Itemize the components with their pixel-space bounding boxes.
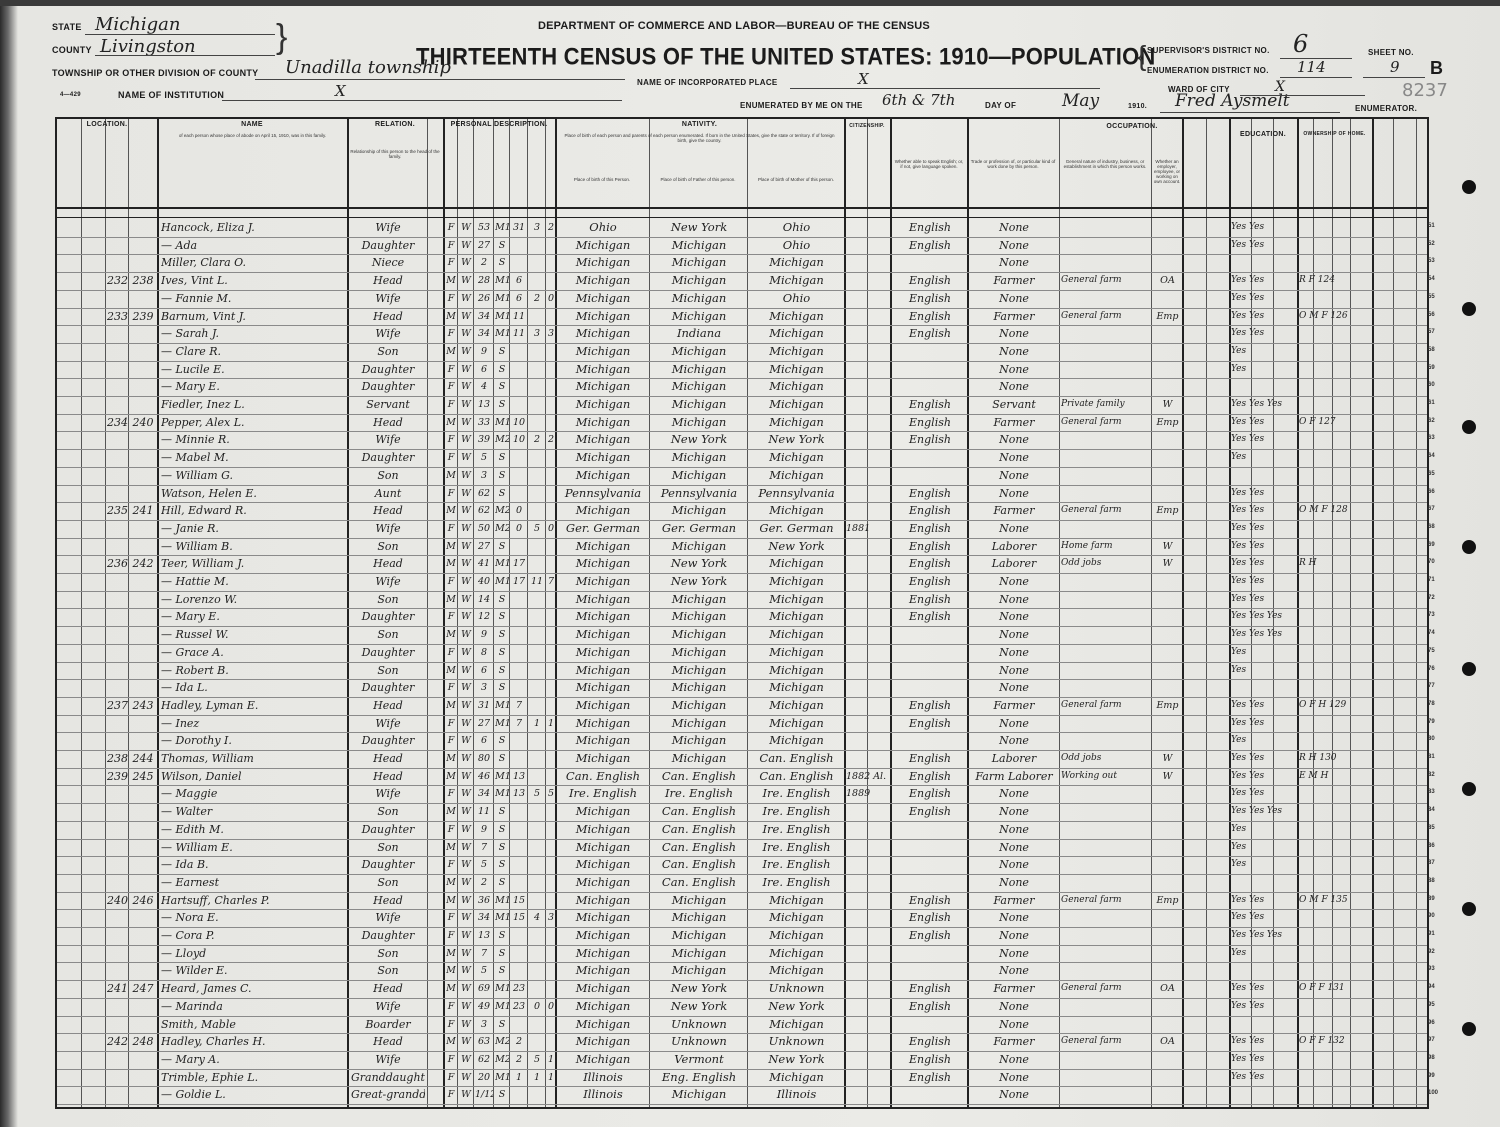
cell-dwelling — [107, 662, 128, 679]
cell-relation: Daughter — [351, 449, 425, 466]
cell-edu: Yes — [1231, 839, 1297, 856]
cell-immig — [846, 803, 890, 820]
cell-age: 41 — [475, 555, 493, 572]
cell-relation: Son — [351, 945, 425, 962]
cell-name: Miller, Clara O. — [161, 254, 345, 271]
cell-marital: M1 — [495, 980, 509, 997]
cell-family: 238 — [130, 272, 156, 289]
cell-own — [1299, 378, 1372, 395]
cell-years — [511, 803, 527, 820]
cell-emp — [1153, 608, 1182, 625]
cell-age: 7 — [475, 945, 493, 962]
cell-relation: Son — [351, 626, 425, 643]
cell-marital: S — [495, 591, 509, 608]
cell-sex: M — [445, 945, 457, 962]
cell-name: — Walter — [161, 803, 345, 820]
binding-hole — [1462, 420, 1476, 434]
cell-industry — [1061, 1069, 1151, 1086]
cell-father: Michigan — [651, 679, 747, 696]
cell-birth: Can. English — [557, 768, 649, 785]
cell-race: W — [459, 254, 473, 271]
cell-born — [529, 626, 545, 643]
cell-sex: F — [445, 378, 457, 395]
cell-name: Wilson, Daniel — [161, 768, 345, 785]
cell-own — [1299, 803, 1372, 820]
cell-family — [130, 520, 156, 537]
cell-race: W — [459, 272, 473, 289]
cell-birth: Michigan — [557, 414, 649, 431]
cell-own — [1299, 343, 1372, 360]
cell-immig — [846, 555, 890, 572]
cell-family — [130, 945, 156, 962]
cell-father: Michigan — [651, 361, 747, 378]
cell-own — [1299, 591, 1372, 608]
cell-sex: M — [445, 662, 457, 679]
cell-emp — [1153, 662, 1182, 679]
cell-sex: F — [445, 1016, 457, 1033]
cell-mother: Unknown — [749, 1033, 844, 1050]
line-number: 93 — [1428, 966, 1435, 972]
cell-marital: S — [495, 1086, 509, 1103]
incorporated-value: X — [858, 70, 869, 88]
cell-born — [529, 396, 545, 413]
cell-race: W — [459, 998, 473, 1015]
cell-birth: Michigan — [557, 555, 649, 572]
cell-dwelling — [107, 325, 128, 342]
cell-own: O M F 135 — [1299, 892, 1372, 909]
binding-hole — [1462, 902, 1476, 916]
cell-marital: M1 — [495, 697, 509, 714]
cell-own — [1299, 927, 1372, 944]
cell-father: Michigan — [651, 644, 747, 661]
line-number: 70 — [1428, 559, 1435, 565]
cell-relation: Head — [351, 768, 425, 785]
cell-emp — [1153, 1051, 1182, 1068]
trade-header: Trade or profession of, or particular ki… — [969, 159, 1057, 169]
cell-name: — Russel W. — [161, 626, 345, 643]
cell-age: 34 — [475, 909, 493, 926]
cell-edu: Yes Yes — [1231, 219, 1297, 236]
cell-marital: M1 — [495, 1069, 509, 1086]
cell-sex: F — [445, 1051, 457, 1068]
cell-race: W — [459, 803, 473, 820]
line-number: 80 — [1428, 736, 1435, 742]
cell-race: W — [459, 502, 473, 519]
cell-sex: F — [445, 785, 457, 802]
cell-relation: Head — [351, 308, 425, 325]
cell-lang — [893, 732, 967, 749]
cell-immig — [846, 962, 890, 979]
cell-immig — [846, 980, 890, 997]
cell-sex: M — [445, 839, 457, 856]
cell-edu — [1231, 874, 1297, 891]
cell-father: Michigan — [651, 254, 747, 271]
cell-edu: Yes — [1231, 856, 1297, 873]
cell-family — [130, 1051, 156, 1068]
cell-immig — [846, 644, 890, 661]
cell-sex: F — [445, 608, 457, 625]
cell-trade: None — [969, 785, 1059, 802]
cell-edu: Yes Yes — [1231, 998, 1297, 1015]
cell-marital: S — [495, 821, 509, 838]
cell-trade: Farmer — [969, 502, 1059, 519]
cell-relation: Daughter — [351, 679, 425, 696]
cell-industry — [1061, 361, 1151, 378]
cell-years — [511, 343, 527, 360]
cell-marital: M2 — [495, 1051, 509, 1068]
cell-emp — [1153, 520, 1182, 537]
cell-mother: Ire. English — [749, 874, 844, 891]
cell-living: 3 — [546, 325, 556, 342]
cell-dwelling: 238 — [107, 750, 128, 767]
cell-living — [546, 1016, 556, 1033]
cell-sex: F — [445, 909, 457, 926]
cell-years — [511, 927, 527, 944]
cell-born — [529, 449, 545, 466]
binding-hole — [1462, 180, 1476, 194]
cell-dwelling — [107, 644, 128, 661]
enumerated-label: ENUMERATED BY ME ON THE — [740, 101, 863, 110]
cell-born: 2 — [529, 431, 545, 448]
cell-dwelling: 236 — [107, 555, 128, 572]
cell-family — [130, 361, 156, 378]
sheet-side: B — [1430, 58, 1443, 79]
cell-edu: Yes Yes Yes — [1231, 608, 1297, 625]
cell-family — [130, 821, 156, 838]
cell-father: Michigan — [651, 608, 747, 625]
cell-edu: Yes Yes — [1231, 697, 1297, 714]
cell-born — [529, 1086, 545, 1103]
ward-value: X — [1275, 79, 1285, 95]
cell-lang: English — [893, 538, 967, 555]
cell-edu: Yes Yes — [1231, 325, 1297, 342]
cell-trade: Farmer — [969, 892, 1059, 909]
binding-hole — [1462, 540, 1476, 554]
cell-born: 3 — [529, 325, 545, 342]
cell-emp: W — [1153, 538, 1182, 555]
cell-living — [546, 980, 556, 997]
cell-race: W — [459, 644, 473, 661]
cell-own — [1299, 856, 1372, 873]
cell-years — [511, 449, 527, 466]
cell-industry: Private family — [1061, 396, 1151, 413]
cell-emp — [1153, 290, 1182, 307]
cell-father: Michigan — [651, 467, 747, 484]
cell-industry: General farm — [1061, 980, 1151, 997]
cell-name: Pepper, Alex L. — [161, 414, 345, 431]
cell-name: — Cora P. — [161, 927, 345, 944]
cell-marital: S — [495, 856, 509, 873]
cell-family — [130, 732, 156, 749]
name-desc: of each person whose place of abode on A… — [165, 133, 340, 138]
birth-person-header: Place of birth of this Person. — [557, 177, 647, 182]
cell-race: W — [459, 697, 473, 714]
cell-edu: Yes Yes — [1231, 573, 1297, 590]
enumeration-value: 114 — [1297, 58, 1326, 76]
cell-race: W — [459, 715, 473, 732]
state-value: Michigan — [95, 14, 180, 35]
cell-mother: Illinois — [749, 1086, 844, 1103]
cell-name: Barnum, Vint J. — [161, 308, 345, 325]
line-number: 63 — [1428, 435, 1435, 441]
cell-mother: Michigan — [749, 892, 844, 909]
cell-marital: M1 — [495, 555, 509, 572]
cell-race: W — [459, 839, 473, 856]
cell-own — [1299, 219, 1372, 236]
cell-lang: English — [893, 909, 967, 926]
cell-industry — [1061, 467, 1151, 484]
cell-lang: English — [893, 1069, 967, 1086]
cell-age: 40 — [475, 573, 493, 590]
cell-dwelling — [107, 785, 128, 802]
cell-lang — [893, 945, 967, 962]
cell-emp — [1153, 237, 1182, 254]
cell-birth: Pennsylvania — [557, 485, 649, 502]
cell-trade: Farmer — [969, 980, 1059, 997]
binding-hole — [1462, 302, 1476, 316]
cell-father: New York — [651, 431, 747, 448]
cell-edu: Yes Yes — [1231, 290, 1297, 307]
cell-trade: Farmer — [969, 308, 1059, 325]
cell-edu — [1231, 1086, 1297, 1103]
cell-age: 14 — [475, 591, 493, 608]
cell-living: 7 — [546, 573, 556, 590]
cell-industry — [1061, 626, 1151, 643]
stamp-number: 8237 — [1402, 80, 1448, 101]
cell-age: 2 — [475, 874, 493, 891]
cell-race: W — [459, 485, 473, 502]
cell-father: Michigan — [651, 591, 747, 608]
cell-family: 244 — [130, 750, 156, 767]
cell-lang — [893, 662, 967, 679]
cell-lang: English — [893, 608, 967, 625]
cell-dwelling — [107, 626, 128, 643]
cell-industry — [1061, 254, 1151, 271]
cell-trade: Farmer — [969, 1033, 1059, 1050]
line-number: 94 — [1428, 984, 1435, 990]
cell-father: Can. English — [651, 856, 747, 873]
cell-father: Michigan — [651, 396, 747, 413]
cell-father: Michigan — [651, 308, 747, 325]
line-number: 64 — [1428, 453, 1435, 459]
cell-dwelling: 240 — [107, 892, 128, 909]
cell-family — [130, 378, 156, 395]
cell-birth: Michigan — [557, 874, 649, 891]
cell-sex: F — [445, 290, 457, 307]
cell-name: — Janie R. — [161, 520, 345, 537]
cell-edu: Yes Yes Yes — [1231, 927, 1297, 944]
cell-dwelling — [107, 290, 128, 307]
cell-race: W — [459, 467, 473, 484]
cell-father: New York — [651, 219, 747, 236]
cell-father: Michigan — [651, 502, 747, 519]
cell-lang — [893, 821, 967, 838]
cell-industry — [1061, 785, 1151, 802]
cell-industry — [1061, 219, 1151, 236]
cell-trade: Farm Laborer — [969, 768, 1059, 785]
cell-lang — [893, 1086, 967, 1103]
cell-relation: Wife — [351, 715, 425, 732]
cell-father: New York — [651, 998, 747, 1015]
cell-own — [1299, 909, 1372, 926]
cell-birth: Michigan — [557, 697, 649, 714]
cell-race: W — [459, 237, 473, 254]
cell-birth: Michigan — [557, 927, 649, 944]
cell-edu: Yes Yes — [1231, 892, 1297, 909]
cell-emp — [1153, 856, 1182, 873]
cell-years — [511, 874, 527, 891]
cell-emp — [1153, 821, 1182, 838]
cell-age: 33 — [475, 414, 493, 431]
cell-name: Hancock, Eliza J. — [161, 219, 345, 236]
cell-age: 3 — [475, 467, 493, 484]
cell-mother: Ire. English — [749, 803, 844, 820]
cell-marital: S — [495, 361, 509, 378]
cell-own — [1299, 325, 1372, 342]
cell-name: — Inez — [161, 715, 345, 732]
cell-father: Michigan — [651, 697, 747, 714]
cell-edu: Yes Yes — [1231, 520, 1297, 537]
cell-family — [130, 591, 156, 608]
cell-immig — [846, 608, 890, 625]
cell-trade: None — [969, 998, 1059, 1015]
cell-trade: None — [969, 644, 1059, 661]
cell-marital: M1 — [495, 768, 509, 785]
cell-born — [529, 679, 545, 696]
cell-name: — Edith M. — [161, 821, 345, 838]
cell-marital: M1 — [495, 785, 509, 802]
cell-age: 6 — [475, 361, 493, 378]
cell-marital: S — [495, 485, 509, 502]
cell-father: Michigan — [651, 414, 747, 431]
cell-age: 3 — [475, 679, 493, 696]
cell-mother: Michigan — [749, 396, 844, 413]
cell-years — [511, 608, 527, 625]
line-number: 91 — [1428, 931, 1435, 937]
cell-lang: English — [893, 715, 967, 732]
cell-race: W — [459, 290, 473, 307]
cell-marital: S — [495, 803, 509, 820]
birth-father-header: Place of birth of Father of this person. — [651, 177, 745, 182]
cell-emp: Emp — [1153, 892, 1182, 909]
cell-age: 62 — [475, 502, 493, 519]
cell-race: W — [459, 1051, 473, 1068]
cell-name: Watson, Helen E. — [161, 485, 345, 502]
cell-lang: English — [893, 803, 967, 820]
year-label: 1910. — [1128, 103, 1147, 110]
cell-name: — Goldie L. — [161, 1086, 345, 1103]
cell-age: 69 — [475, 980, 493, 997]
cell-industry: Home farm — [1061, 538, 1151, 555]
cell-birth: Illinois — [557, 1086, 649, 1103]
cell-immig — [846, 998, 890, 1015]
cell-trade: None — [969, 219, 1059, 236]
cell-edu: Yes Yes — [1231, 1033, 1297, 1050]
cell-family: 242 — [130, 555, 156, 572]
cell-relation: Wife — [351, 909, 425, 926]
cell-marital: S — [495, 927, 509, 944]
cell-age: 27 — [475, 715, 493, 732]
cell-dwelling: 234 — [107, 414, 128, 431]
cell-edu: Yes Yes — [1231, 785, 1297, 802]
row-divider — [57, 1104, 1427, 1105]
cell-trade: None — [969, 626, 1059, 643]
cell-marital: S — [495, 874, 509, 891]
cell-immig — [846, 697, 890, 714]
cell-living — [546, 768, 556, 785]
cell-own — [1299, 626, 1372, 643]
cell-age: 13 — [475, 927, 493, 944]
line-number: 83 — [1428, 789, 1435, 795]
cell-years — [511, 821, 527, 838]
cell-relation: Son — [351, 874, 425, 891]
cell-lang: English — [893, 520, 967, 537]
cell-dwelling — [107, 1016, 128, 1033]
cell-race: W — [459, 1086, 473, 1103]
cell-edu: Yes Yes — [1231, 750, 1297, 767]
cell-dwelling — [107, 591, 128, 608]
cell-own — [1299, 874, 1372, 891]
cell-age: 34 — [475, 785, 493, 802]
cell-age: 53 — [475, 219, 493, 236]
cell-immig — [846, 1051, 890, 1068]
cell-race: W — [459, 325, 473, 342]
cell-years: 23 — [511, 998, 527, 1015]
cell-race: W — [459, 856, 473, 873]
cell-family — [130, 679, 156, 696]
cell-edu: Yes Yes — [1231, 485, 1297, 502]
cell-years — [511, 378, 527, 395]
cell-race: W — [459, 538, 473, 555]
cell-lang — [893, 343, 967, 360]
cell-emp — [1153, 325, 1182, 342]
cell-age: 62 — [475, 485, 493, 502]
cell-marital: S — [495, 662, 509, 679]
cell-trade: Farmer — [969, 697, 1059, 714]
enumerator-label: ENUMERATOR. — [1355, 104, 1417, 113]
cell-years: 7 — [511, 715, 527, 732]
cell-birth: Michigan — [557, 254, 649, 271]
cell-family — [130, 998, 156, 1015]
cell-own — [1299, 962, 1372, 979]
cell-birth: Michigan — [557, 839, 649, 856]
cell-own: R F 124 — [1299, 272, 1372, 289]
cell-edu: Yes Yes — [1231, 1069, 1297, 1086]
cell-years — [511, 254, 527, 271]
line-number: 56 — [1428, 312, 1435, 318]
cell-family — [130, 290, 156, 307]
cell-immig — [846, 1069, 890, 1086]
cell-born — [529, 1033, 545, 1050]
cell-birth: Michigan — [557, 272, 649, 289]
cell-relation: Head — [351, 555, 425, 572]
cell-dwelling — [107, 945, 128, 962]
cell-industry — [1061, 520, 1151, 537]
cell-dwelling — [107, 1051, 128, 1068]
cell-family — [130, 237, 156, 254]
cell-marital: S — [495, 343, 509, 360]
cell-race: W — [459, 449, 473, 466]
cell-age: 11 — [475, 803, 493, 820]
cell-years — [511, 662, 527, 679]
cell-family — [130, 839, 156, 856]
cell-emp — [1153, 874, 1182, 891]
cell-family — [130, 715, 156, 732]
cell-born — [529, 962, 545, 979]
cell-sex: M — [445, 308, 457, 325]
census-title: THIRTEENTH CENSUS OF THE UNITED STATES: … — [416, 43, 1156, 72]
cell-industry — [1061, 431, 1151, 448]
